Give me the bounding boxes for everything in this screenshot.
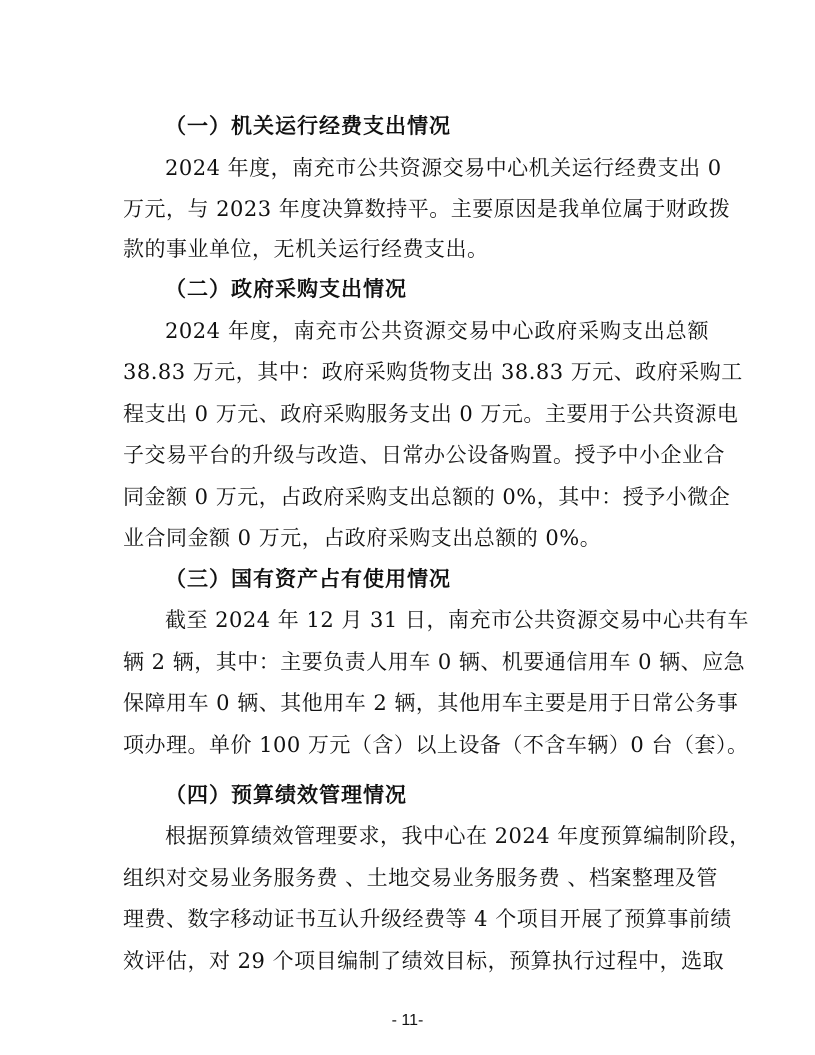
- paragraph-line: 保障用车 0 辆、其他用车 2 辆，其他用车主要是用于日常公务事: [123, 689, 709, 717]
- paragraph-text-emphasis: 无机关运行经费支出。: [274, 237, 489, 261]
- paragraph-text: 款的事业单位，: [123, 237, 274, 261]
- paragraph-line: 项办理。单价 100 万元（含）以上设备（不含车辆）0 台（套）。: [123, 731, 709, 759]
- paragraph-line: 业合同金额 0 万元，占政府采购支出总额的 0%。: [123, 524, 601, 552]
- section-heading-4: （四）预算绩效管理情况: [165, 781, 407, 809]
- paragraph-line: 效评估，对 29 个项目编制了绩效目标，预算执行过程中，选取: [123, 947, 709, 975]
- paragraph-line: 组织对交易业务服务费 、土地交易业务服务费 、档案整理及管: [123, 864, 709, 892]
- paragraph-line: 根据预算绩效管理要求，我中心在 2024 年度预算编制阶段，: [165, 822, 709, 850]
- paragraph-line: 同金额 0 万元，占政府采购支出总额的 0%，其中：授予小微企: [123, 483, 709, 511]
- paragraph-line-mixed: 款的事业单位，无机关运行经费支出。: [123, 235, 489, 263]
- paragraph-line: 辆 2 辆，其中：主要负责人用车 0 辆、机要通信用车 0 辆、应急: [123, 648, 709, 676]
- paragraph-line: 38.83 万元，其中：政府采购货物支出 38.83 万元、政府采购工: [123, 358, 709, 386]
- paragraph-line: 子交易平台的升级与改造、日常办公设备购置。授予中小企业合: [123, 441, 709, 469]
- section-heading-2: （二）政府采购支出情况: [165, 275, 407, 303]
- paragraph-line: 2024 年度，南充市公共资源交易中心机关运行经费支出 0: [165, 154, 709, 182]
- paragraph-line: 2024 年度，南充市公共资源交易中心政府采购支出总额: [165, 317, 709, 345]
- document-page: （一）机关运行经费支出情况 2024 年度，南充市公共资源交易中心机关运行经费支…: [0, 0, 815, 1055]
- paragraph-line: 万元，与 2023 年度决算数持平。主要原因是我单位属于财政拨: [123, 195, 709, 223]
- section-heading-1: （一）机关运行经费支出情况: [165, 112, 451, 140]
- paragraph-line: 程支出 0 万元、政府采购服务支出 0 万元。主要用于公共资源电: [123, 400, 709, 428]
- page-number: - 11-: [0, 1012, 815, 1030]
- section-heading-3: （三）国有资产占有使用情况: [165, 565, 451, 593]
- paragraph-line: 理费、数字移动证书互认升级经费等 4 个项目开展了预算事前绩: [123, 905, 709, 933]
- paragraph-line: 截至 2024 年 12 月 31 日，南充市公共资源交易中心共有车: [165, 606, 709, 634]
